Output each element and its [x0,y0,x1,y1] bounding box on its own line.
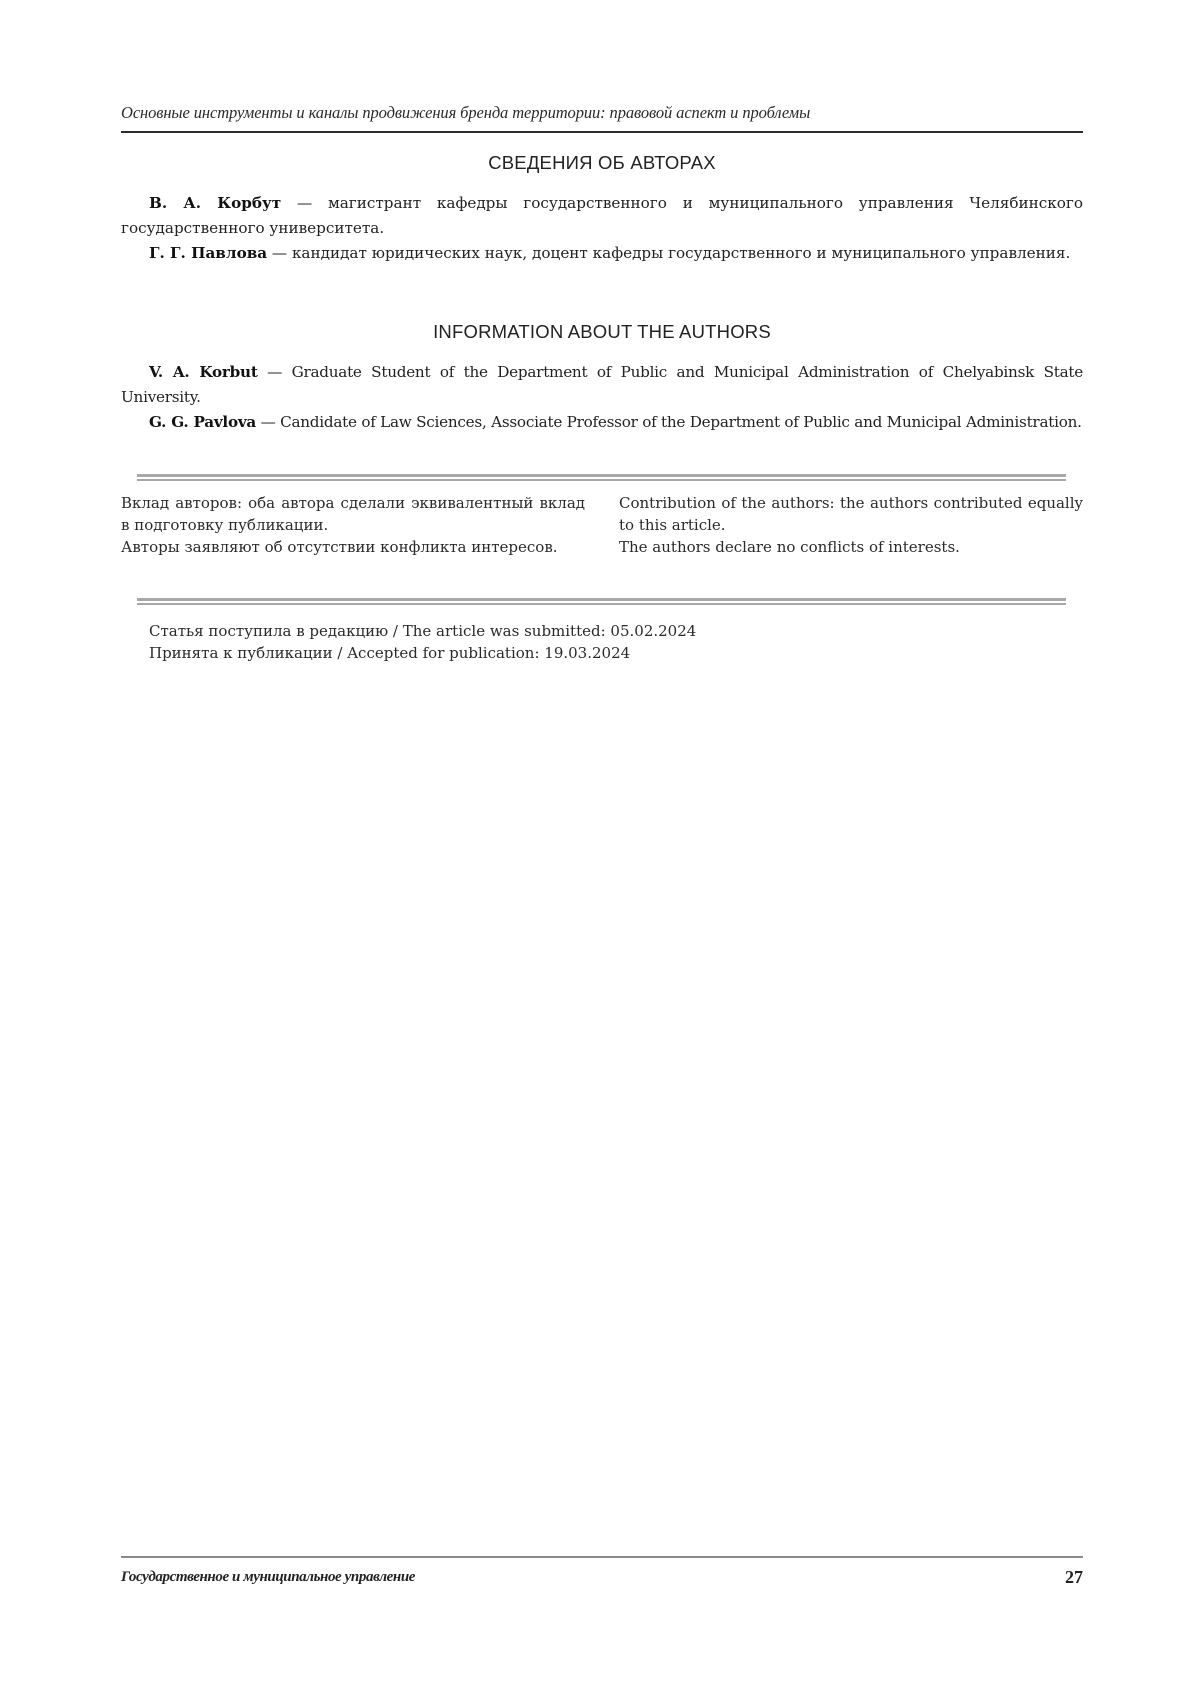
contribution-statement-en: Contribution of the authors: the authors… [619,492,1083,536]
rule-line [137,479,1066,481]
double-rule-divider [137,598,1066,606]
rule-line [137,603,1066,605]
submitted-date: Статья поступила в редакцию / The articl… [149,620,696,642]
author-name: V. A. Korbut [149,363,258,381]
author-description: кандидат юридических наук, доцент кафедр… [292,244,1070,262]
dash: — [281,194,328,212]
article-dates: Статья поступила в редакцию / The articl… [149,620,696,664]
author-name: В. А. Корбут [149,194,281,212]
contribution-statement-ru: Вклад авторов: оба автора сделали эквива… [121,492,585,536]
authors-heading-ru: СВЕДЕНИЯ ОБ АВТОРАХ [121,152,1083,174]
author-name: Г. Г. Павлова [149,244,267,262]
author-name: G. G. Pavlova [149,413,256,431]
authors-heading-en: INFORMATION ABOUT THE AUTHORS [121,321,1083,343]
journal-page: Основные инструменты и каналы продвижени… [0,0,1200,1697]
declarations-column-en: Contribution of the authors: the authors… [619,492,1083,558]
conflict-statement-en: The authors declare no conflicts of inte… [619,536,1083,558]
page-number: 27 [1065,1567,1083,1588]
double-rule-divider [137,474,1066,482]
conflict-statement-ru: Авторы заявляют об отсутствии конфликта … [121,536,585,558]
dash: — [267,244,292,262]
author-entry-ru: Г. Г. Павлова — кандидат юридических нау… [121,241,1083,266]
rule-line [137,474,1066,477]
author-entry-ru: В. А. Корбут — магистрант кафедры госуда… [121,191,1083,241]
journal-title: Государственное и муниципальное управлен… [121,1569,415,1586]
accepted-date: Принята к публикации / Accepted for publ… [149,642,696,664]
declarations-column-ru: Вклад авторов: оба автора сделали эквива… [121,492,585,558]
author-entry-en: V. A. Korbut — Graduate Student of the D… [121,360,1083,410]
dash: — [258,363,292,381]
header-rule [121,131,1083,133]
running-header: Основные инструменты и каналы продвижени… [121,103,1083,123]
author-entry-en: G. G. Pavlova — Candidate of Law Science… [121,410,1083,435]
dash: — [256,413,280,431]
author-description: Candidate of Law Sciences, Associate Pro… [280,413,1082,431]
footer-rule [121,1556,1083,1558]
rule-line [137,598,1066,601]
